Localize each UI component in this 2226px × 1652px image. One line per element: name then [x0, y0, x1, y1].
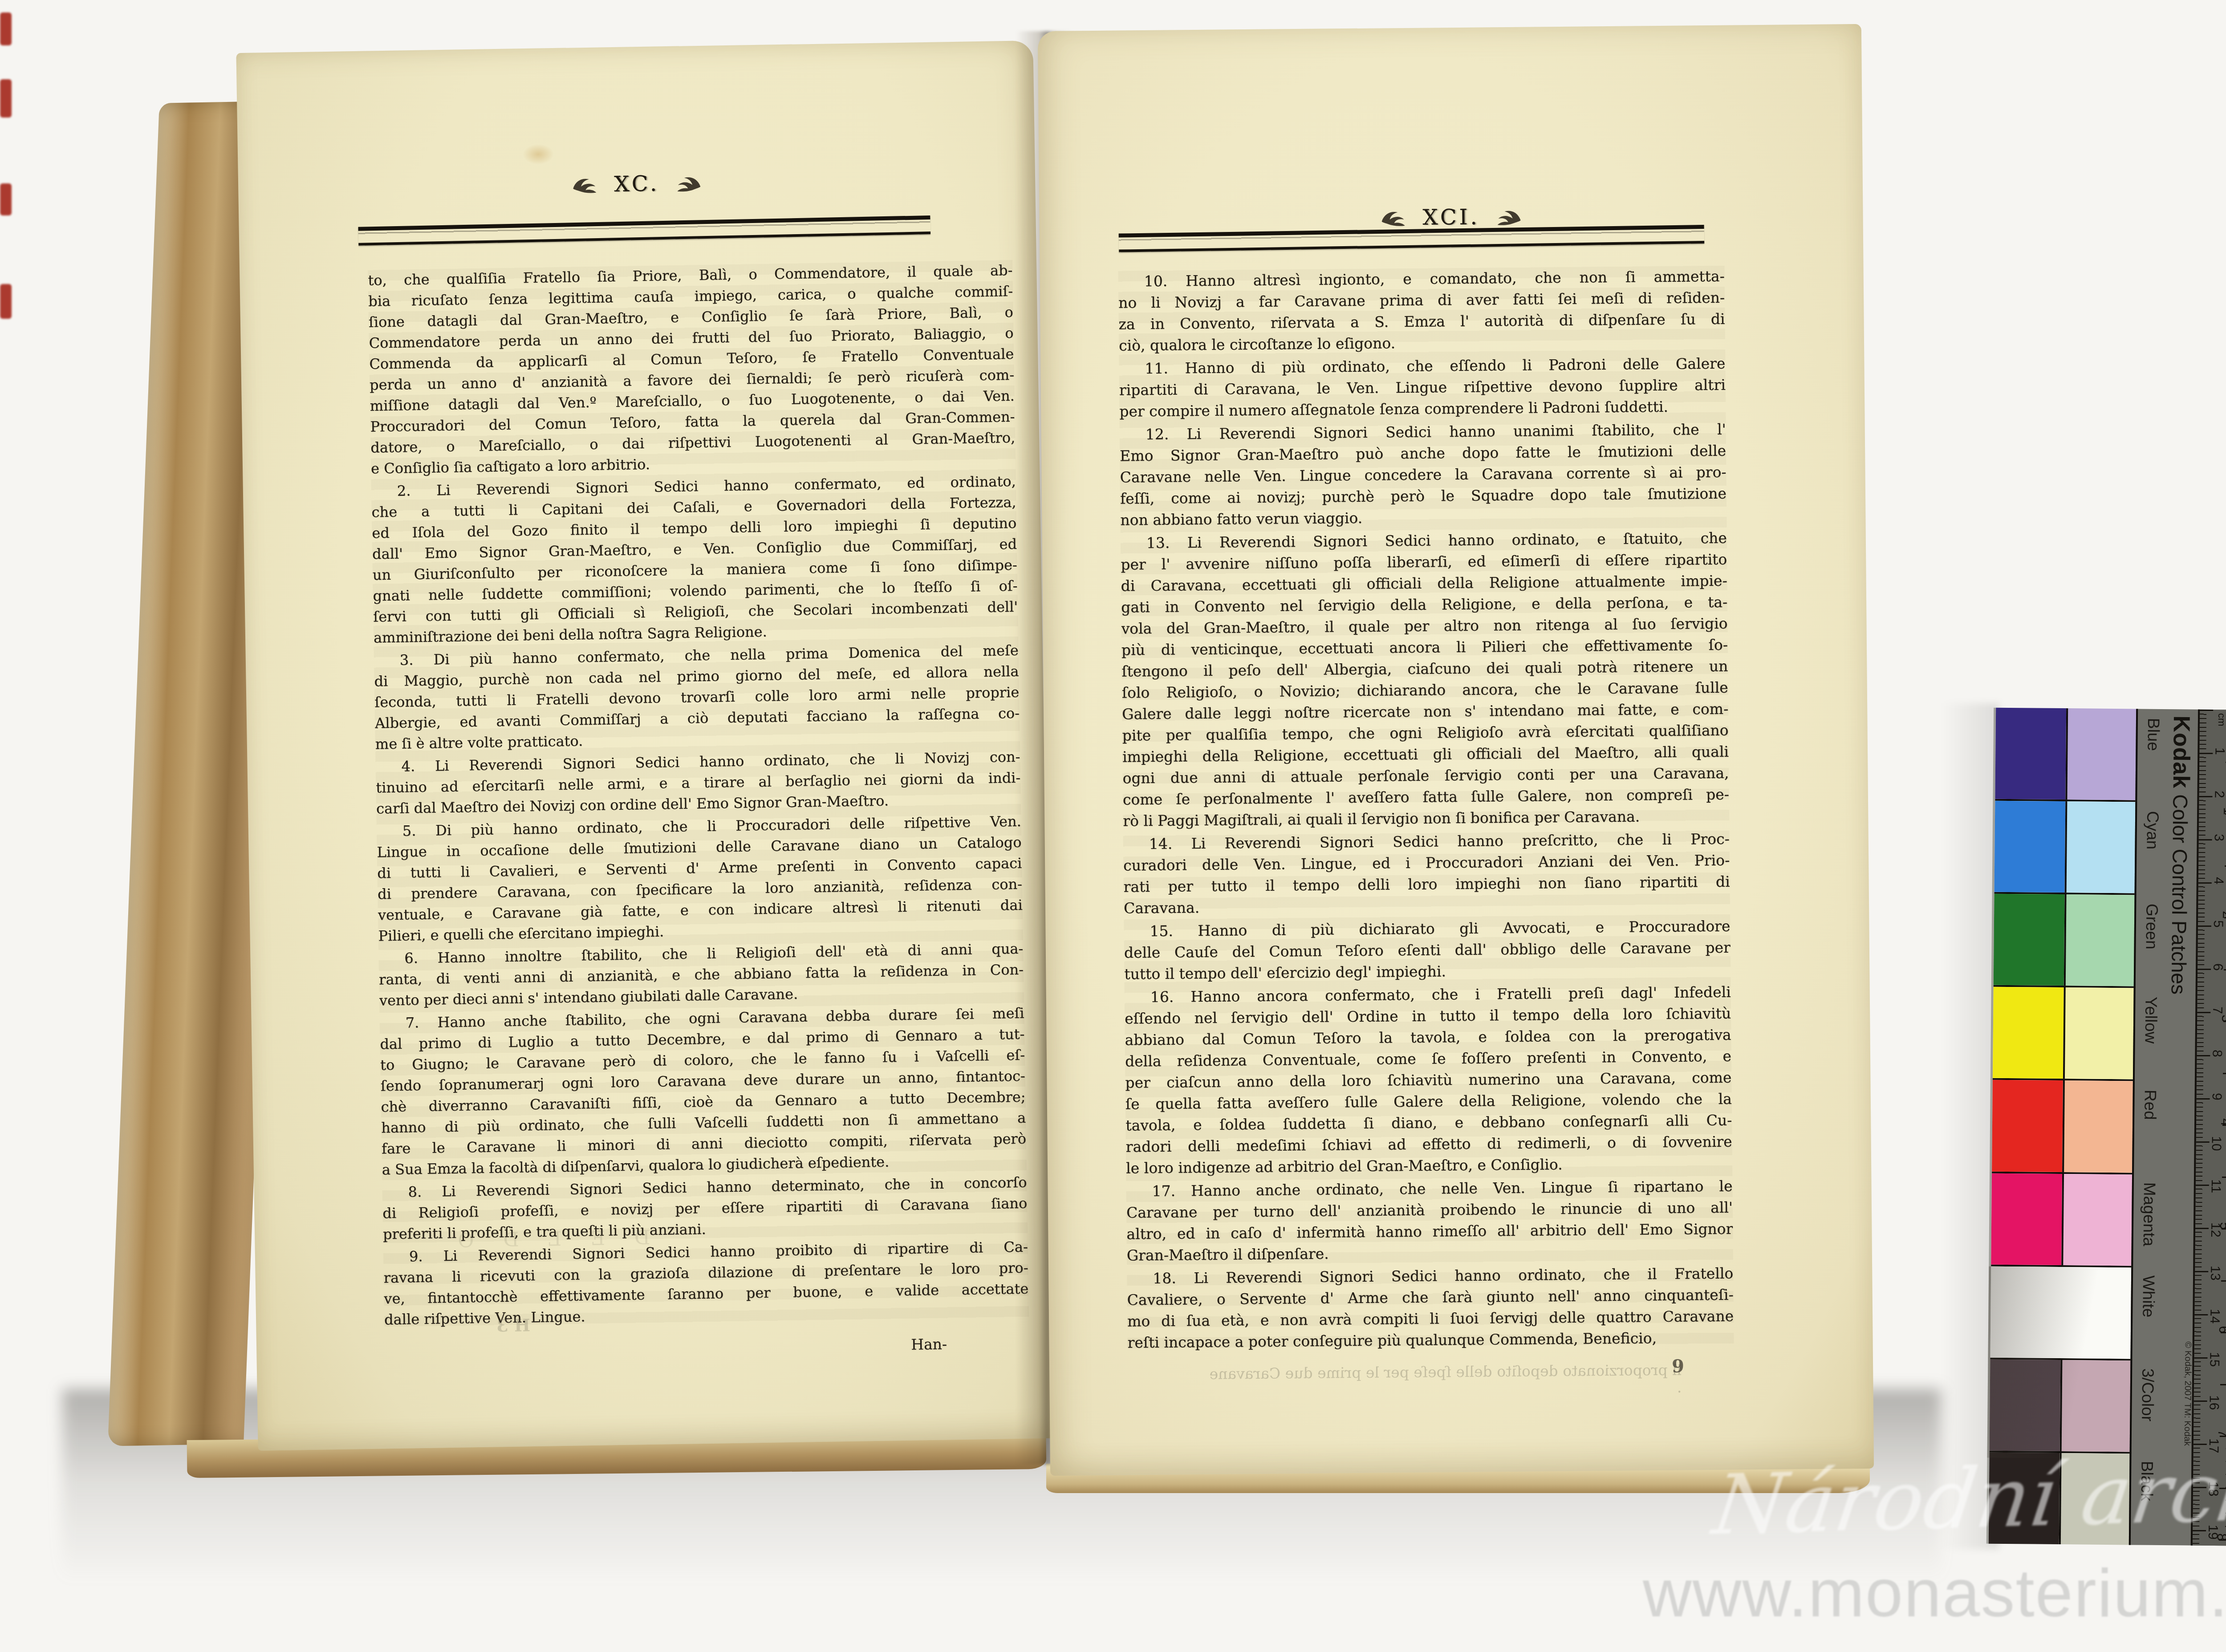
ruler-mark: 9 — [2209, 1093, 2224, 1100]
right-page-number: XCI. — [1422, 204, 1480, 230]
bleedthrough-line: il proporzionato depoſito delle ſpeſe pe… — [1201, 1361, 1682, 1400]
patch-solid — [1992, 1080, 2063, 1172]
edge-red-mark — [0, 284, 12, 319]
bleedthrough-signature: H 3 — [496, 1315, 530, 1335]
patch-row-cyan — [1994, 801, 2138, 895]
ruler-mark: 15 — [2206, 1352, 2222, 1367]
ruler-mark: 5 — [2210, 920, 2226, 928]
patch-solid — [1991, 1173, 2062, 1265]
paper-stain — [523, 144, 554, 165]
ruler-mark: 6 — [2210, 963, 2225, 971]
ruler-mark: 13 — [2207, 1266, 2222, 1281]
ruler-mark: 11 — [2208, 1179, 2223, 1193]
patch-row-magenta — [1991, 1173, 2134, 1267]
patch-tint — [2063, 987, 2136, 1080]
ruler-mark: 2 — [2219, 911, 2226, 919]
left-double-rule — [358, 215, 931, 246]
archive-watermark: Národní archiv — [1708, 1441, 2226, 1554]
patch-tint — [2064, 894, 2137, 986]
right-page: XCI. 10. Hanno altresì ingionto, e coman… — [1038, 24, 1874, 1476]
strip-label-band: Kodak Color Control Patches BlueCyanGree… — [2129, 709, 2226, 1546]
ruler-mark: 5 — [2217, 1222, 2226, 1230]
ruler-mark: 14 — [2207, 1309, 2222, 1324]
left-page-number: XC. — [614, 171, 659, 197]
patch-label: Red — [2141, 1089, 2160, 1120]
ruler-mark: 3 — [2211, 834, 2226, 841]
right-text-block: 10. Hanno altresì ingionto, e comandato,… — [1118, 266, 1734, 1354]
patch-label: Green — [2142, 904, 2161, 950]
patch-row-green — [1994, 894, 2137, 988]
patch-solid — [1994, 801, 2066, 893]
strip-title-text: Color Control Patches — [2167, 794, 2192, 994]
kodak-color-control-strip: Kodak Color Control Patches BlueCyanGree… — [1986, 708, 2226, 1546]
ruler-mark: 8 — [2209, 1050, 2224, 1057]
patch-row-red — [1992, 1080, 2135, 1174]
left-page: XC. to, che qualſiſia Fratello ſia Prior… — [236, 41, 1055, 1451]
patch-label: Cyan — [2143, 811, 2162, 849]
left-page-header: XC. — [238, 165, 1036, 203]
strip-copyright: © Kodak, 2007 TM: Kodak — [2182, 1341, 2193, 1446]
fleuron-left-icon — [1380, 208, 1409, 228]
ruler-mark: 3 — [2218, 1015, 2226, 1023]
strip-ruler: cminches12345678910111213141516171819123… — [2191, 710, 2226, 1546]
patch-label: 3/Color — [2138, 1368, 2157, 1421]
strip-shadow-overlay — [1987, 1266, 2134, 1459]
ruler-mark: 7 — [2210, 1007, 2225, 1014]
ruler-mark: 4 — [2218, 1118, 2226, 1126]
left-text-block: to, che qualſiſia Fratello ſia Priore, B… — [368, 260, 1029, 1330]
bleedthrough-mark: 9 — [1672, 1356, 1684, 1377]
fleuron-right-icon — [1493, 207, 1523, 227]
ruler-mark: 2 — [2211, 791, 2226, 798]
ruler-mark: 10 — [2209, 1136, 2224, 1151]
catchword: Han- — [911, 1334, 1018, 1353]
patch-label: White — [2139, 1275, 2158, 1318]
ruler-mark: 1 — [2220, 807, 2226, 815]
bleedthrough-heading: D E L D O — [446, 1226, 650, 1252]
archival-book-photograph: XC. to, che qualſiſia Fratello ſia Prior… — [0, 0, 2226, 1652]
site-watermark: www.monasterium.net — [1643, 1555, 2226, 1632]
patch-label: Magenta — [2140, 1182, 2159, 1246]
ruler-mark: 1 — [2212, 747, 2226, 755]
patch-row-yellow — [1993, 987, 2136, 1081]
patch-solid — [1994, 894, 2065, 986]
patch-solid — [1995, 708, 2066, 800]
patch-row-blue — [1995, 708, 2138, 802]
kodak-brand: Kodak — [2168, 715, 2194, 788]
ruler-mark: cm — [2216, 713, 2226, 727]
ruler-mark: 7 — [2215, 1429, 2226, 1437]
ruler-mark: 4 — [2211, 877, 2226, 885]
patch-label: Blue — [2144, 718, 2163, 751]
patch-tint — [2065, 708, 2138, 800]
fleuron-left-icon — [571, 175, 601, 195]
patch-solid — [1993, 987, 2064, 1079]
edge-red-mark — [0, 183, 12, 215]
fleuron-right-icon — [673, 173, 703, 193]
patch-tint — [2061, 1174, 2134, 1266]
patch-label: Yellow — [2141, 997, 2161, 1044]
patch-tint — [2062, 1081, 2135, 1173]
patch-tint — [2065, 801, 2138, 893]
ruler-mark: 6 — [2216, 1326, 2226, 1334]
edge-red-mark — [0, 79, 12, 118]
edge-red-mark — [0, 12, 12, 45]
ruler-mark: 16 — [2206, 1395, 2221, 1410]
